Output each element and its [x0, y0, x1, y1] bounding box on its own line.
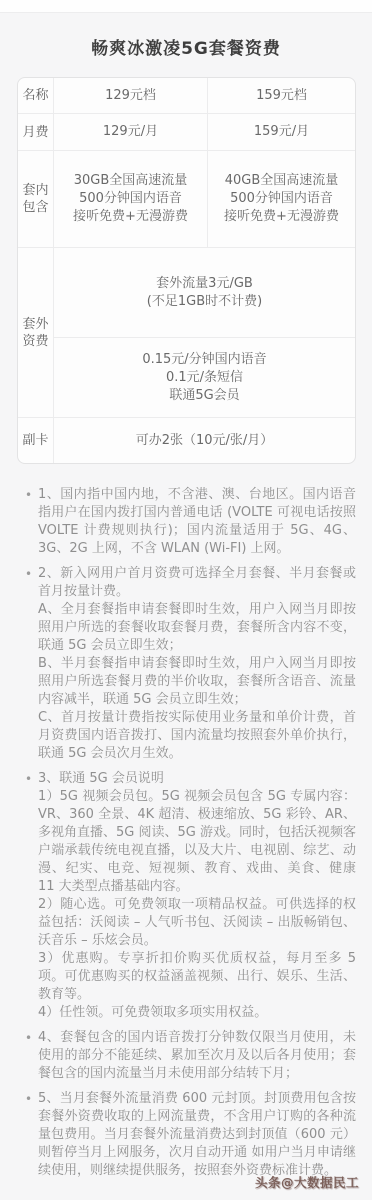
table-row-included: 套内 包含 30GB全国高速流量 500分钟国内语音 接听免费+无漫游费 40G…: [18, 150, 355, 247]
row-label: 套外 资费: [18, 248, 53, 417]
cell-plan1-name: 129元档: [53, 78, 207, 113]
bullet-icon: •: [25, 486, 32, 504]
bullet-icon: •: [25, 1029, 32, 1047]
note-sub-text: 2）随心选。可免费领取一项精品权益。可供选择的权益包括：沃阅读 – 人气听书包、…: [38, 896, 356, 950]
cell-extra-card: 可办2张（10元/张/月）: [53, 418, 355, 463]
bullet-icon: •: [25, 770, 32, 788]
table-row-extra-card: 副卡 可办2张（10元/张/月）: [18, 417, 355, 463]
note-item-5: • 5、当月套餐外流量消费 600 元封顶。封顶费用包含按套餐外资费收取的上网流…: [38, 1090, 356, 1180]
cell-plan2-fee: 159元/月: [207, 114, 355, 150]
cell-plan1-included: 30GB全国高速流量 500分钟国内语音 接听免费+无漫游费: [53, 151, 207, 247]
row-label: 套内 包含: [18, 151, 53, 247]
note-sub-text: C、首月按量计费指按实际使用业务量和单价计费，首月资费国内语音拨打、国内流量均按…: [38, 709, 356, 763]
table-row-monthly-fee: 月费 129元/月 159元/月: [18, 113, 355, 150]
cell-plan1-fee: 129元/月: [53, 114, 207, 150]
row-label: 副卡: [18, 418, 53, 463]
row-label: 月费: [18, 114, 53, 150]
price-table: 名称 129元档 159元档 月费 129元/月 159元/月 套内 包含 30…: [17, 77, 356, 464]
note-item-2: • 2、新入网用户首月资费可选择全月套餐、半月套餐或首月按量计费。 A、全月套餐…: [38, 565, 356, 763]
page-title: 畅爽冰激凌5G套餐资费: [0, 38, 372, 61]
table-row-overage: 套外 资费 套外流量3元/GB (不足1GB时不计费) 0.15元/分钟国内语音…: [18, 247, 355, 417]
note-item-4: • 4、套餐包含的国内语音拨打分钟数仅限当月使用，未使用的部分不能延续、累加至次…: [38, 1029, 356, 1083]
bullet-icon: •: [25, 1090, 32, 1108]
overage-cells: 套外流量3元/GB (不足1GB时不计费) 0.15元/分钟国内语音 0.1元/…: [53, 248, 355, 417]
note-text: 4、套餐包含的国内语音拨打分钟数仅限当月使用，未使用的部分不能延续、累加至次月及…: [38, 1029, 356, 1083]
note-item-3: • 3、联通 5G 会员说明 1）5G 视频会员包。5G 视频会员包含 5G 专…: [38, 770, 356, 1022]
note-sub-text: 3）优惠购。专享折扣价购买优质权益，每月至多 5 项。可优惠购买的权益涵盖视频、…: [38, 950, 356, 1004]
note-text: 2、新入网用户首月资费可选择全月套餐、半月套餐或首月按量计费。: [38, 565, 356, 601]
note-text: 1、国内指中国内地，不含港、澳、台地区。国内语音指用户在国内拨打国内普通电话 (…: [38, 486, 356, 558]
note-text: 5、当月套餐外流量消费 600 元封顶。封顶费用包含按套餐外资费收取的上网流量费…: [38, 1090, 356, 1180]
note-sub-text: 4）任性领。可免费领取多项实用权益。: [38, 1004, 356, 1022]
cell-plan2-included: 40GB全国高速流量 500分钟国内语音 接听免费+无漫游费: [207, 151, 355, 247]
note-text: 3、联通 5G 会员说明: [38, 770, 356, 788]
cell-overage-data: 套外流量3元/GB (不足1GB时不计费): [54, 248, 355, 338]
table-row-name: 名称 129元档 159元档: [18, 78, 355, 113]
note-sub-text: B、半月套餐指申请套餐即时生效，用户入网当月即按照用户所选套餐月费的半价收取，套…: [38, 655, 356, 709]
status-bar-strip: [0, 0, 372, 13]
bullet-icon: •: [25, 565, 32, 583]
cell-overage-voice-sms: 0.15元/分钟国内语音 0.1元/条短信 联通5G会员: [54, 338, 355, 417]
cell-plan2-name: 159元档: [207, 78, 355, 113]
note-sub-text: A、全月套餐指申请套餐即时生效，用户入网当月即按照用户所选的套餐收取套餐月费，套…: [38, 601, 356, 655]
watermark: 头条@大数据民工: [255, 1173, 359, 1191]
note-item-1: • 1、国内指中国内地，不含港、澳、台地区。国内语音指用户在国内拨打国内普通电话…: [38, 486, 356, 558]
row-label: 名称: [18, 78, 53, 113]
notes-section: • 1、国内指中国内地，不含港、澳、台地区。国内语音指用户在国内拨打国内普通电话…: [38, 486, 356, 1180]
note-sub-text: 1）5G 视频会员包。5G 视频会员包含 5G 专属内容：VR、360 全景、4…: [38, 788, 356, 896]
